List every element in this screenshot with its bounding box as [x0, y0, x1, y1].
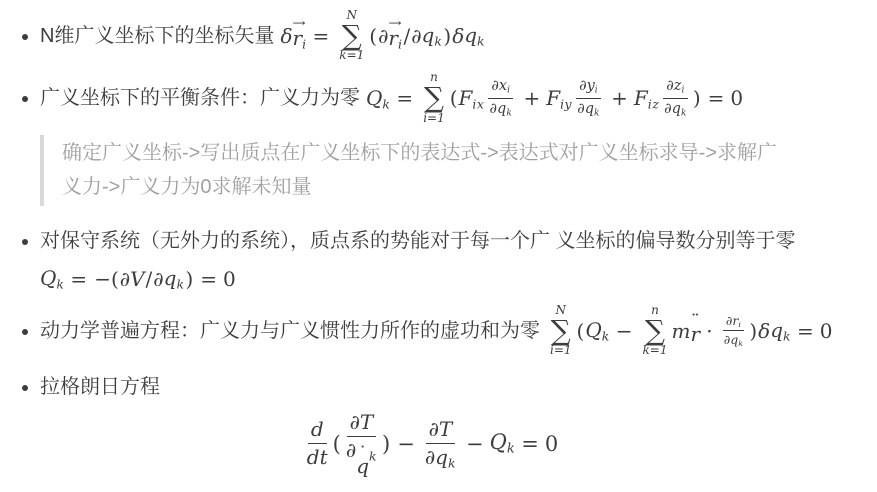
math-subscript: k	[434, 34, 442, 49]
bullet-item-general-dynamics: 动力学普遍方程：广义力与广义惯性力所作的虚功和为零 N∑i=1(Qk−n∑k=1…	[40, 304, 861, 358]
math-subscript: i	[507, 86, 510, 96]
math-var: ∂	[491, 78, 499, 94]
math-var: y	[587, 78, 595, 94]
fraction-denominator: ∂qk	[724, 331, 744, 349]
math-subscript-group: Qk	[585, 318, 609, 343]
fraction-numerator: d	[308, 417, 327, 444]
sigma-icon: ∑	[342, 23, 362, 50]
math-var: q	[585, 101, 594, 117]
dot-accented-var: ˙q	[356, 448, 369, 477]
math-var: m	[672, 319, 691, 343]
math-var: ∂	[153, 267, 163, 291]
math-var: ∂V	[120, 267, 145, 291]
sum-lower-limit: i=1	[423, 112, 445, 126]
bullet-item-lagrange: 拉格朗日方程	[40, 370, 861, 404]
math-var: ∂	[346, 438, 356, 462]
math-subscript-group: Qk	[490, 430, 516, 457]
math-operator: )	[748, 319, 758, 343]
bullet-list-top: N维广义坐标下的坐标矢量 δ→ri=N∑k=1(∂→ri/∂qk)δqk 广义坐…	[0, 9, 861, 125]
fraction-denominator: ∂qk	[664, 99, 687, 120]
bullet-3-formula-row: Qk=−(∂V/∂qk)=0	[40, 262, 861, 296]
fraction-numerator: ∂yi	[576, 77, 601, 99]
math-var: q	[164, 266, 177, 290]
math-operator: )	[381, 432, 391, 456]
notes-document: N维广义坐标下的坐标矢量 δ→ri=N∑k=1(∂→ri/∂qk)δqk 广义坐…	[0, 0, 877, 477]
math-fraction: ∂ri∂qk	[723, 313, 744, 350]
math-operator: =	[791, 319, 820, 343]
math-var: δ	[452, 24, 464, 48]
math-var: ∂	[664, 101, 672, 117]
math-number: 0	[545, 432, 558, 456]
math-number: 0	[223, 267, 236, 291]
math-fraction: ∂zi∂qk	[663, 77, 688, 119]
math-var: Q	[40, 266, 56, 290]
math-var: ∂	[577, 101, 585, 117]
blockquote: 确定广义坐标->写出质点在广义坐标下的表达式->表达式对广义坐标求导->求解广义…	[40, 135, 800, 205]
math-subscript-group: ˙qk	[356, 438, 377, 477]
math-var: dt	[307, 445, 328, 469]
math-subscript-group: ri	[732, 313, 741, 330]
math-var: ∂	[425, 445, 435, 469]
math-subscript: i	[738, 320, 741, 329]
math-operator: =	[515, 432, 545, 456]
math-var: r	[388, 26, 398, 50]
math-fraction: ∂yi∂qk	[576, 77, 601, 119]
bullet-2-text: 广义坐标下的平衡条件：广义力为零	[40, 83, 360, 113]
math-subscript-group: qk	[770, 318, 791, 343]
math-operator: /	[402, 24, 411, 48]
math-subscript-group: qk	[730, 332, 743, 349]
math-operator: −	[610, 319, 639, 343]
bullet-4-text: 动力学普遍方程：广义力与广义惯性力所作的虚功和为零	[40, 316, 540, 346]
ddot-accented-var: ¨r	[690, 316, 700, 345]
math-var: δ	[280, 24, 292, 48]
fraction-denominator: ∂qk	[425, 444, 456, 471]
math-subscript: k	[594, 108, 600, 118]
math-var: ∂	[378, 24, 388, 48]
math-operator: )	[442, 24, 452, 48]
math-operator: (	[368, 24, 378, 48]
math-subscript-group: qk	[435, 445, 456, 471]
math-subscript-group: qk	[422, 23, 443, 48]
math-subscript: k	[448, 455, 456, 470]
math-subscript-group: Fix	[459, 86, 485, 111]
math-subscript-group: qk	[585, 100, 600, 120]
math-subscript-group: qk	[497, 100, 512, 120]
sigma-icon: ∑	[551, 318, 571, 345]
math-operator: )	[184, 267, 194, 291]
math-operator: =	[307, 24, 336, 48]
bullet-item-conservative-system: 对保守系统（无外力的系统），质点系的势能对于每一个广 义坐标的偏导数分别等于零 …	[40, 224, 861, 296]
math-operator: −	[391, 432, 421, 456]
math-operator: (	[576, 319, 586, 343]
math-operator: /	[145, 267, 154, 291]
sigma-icon: ∑	[424, 85, 444, 112]
accent-base: ri	[388, 27, 402, 51]
math-fraction: ∂T∂qk	[425, 417, 456, 471]
math-var: ∂	[411, 24, 421, 48]
math-var: ∂	[579, 78, 587, 94]
fraction-denominator: ∂qk	[577, 99, 600, 120]
math-var: q	[770, 318, 783, 342]
accent-base: ri	[293, 27, 307, 51]
bullet-list-bottom: 对保守系统（无外力的系统），质点系的势能对于每一个广 义坐标的偏导数分别等于零 …	[0, 224, 861, 404]
formula-conservative-system: Qk=−(∂V/∂qk)=0	[40, 266, 236, 291]
math-var: d	[311, 417, 324, 441]
bullet-3-row: 对保守系统（无外力的系统），质点系的势能对于每一个广 义坐标的偏导数分别等于零	[40, 224, 861, 258]
math-subscript: k	[783, 329, 791, 344]
math-var: F	[634, 86, 648, 110]
math-var: Q	[585, 318, 601, 342]
math-var: ∂	[666, 78, 674, 94]
math-number: 0	[820, 319, 833, 343]
summation: N∑k=1	[339, 9, 364, 63]
vector-arrow-icon: →	[389, 20, 403, 27]
math-operator: =	[64, 267, 93, 291]
math-subscript: k	[176, 276, 184, 291]
math-subscript-group: zi	[674, 77, 685, 97]
bullet-4-row: 动力学普遍方程：广义力与广义惯性力所作的虚功和为零 N∑i=1(Qk−n∑k=1…	[40, 304, 861, 358]
math-subscript-group: qk	[464, 23, 485, 48]
math-subscript-group: qk	[672, 100, 687, 120]
math-subscript-group: yi	[587, 77, 599, 97]
math-operator: =	[702, 86, 731, 110]
math-number: 0	[730, 86, 743, 110]
bullet-5-text: 拉格朗日方程	[40, 372, 160, 402]
math-operator: +	[605, 86, 634, 110]
math-var: ∂T	[429, 417, 453, 441]
formula-general-dynamics: N∑i=1(Qk−n∑k=1m¨r⋅∂ri∂qk)δqk=0	[546, 304, 833, 358]
math-fraction: ddt	[307, 417, 328, 470]
fraction-denominator: ∂qk	[490, 99, 513, 120]
math-subscript: k	[382, 96, 390, 111]
fraction-numerator: ∂ri	[723, 313, 744, 332]
math-operator: =	[194, 267, 223, 291]
formula-coordinate-vector: δ→ri=N∑k=1(∂→ri/∂qk)δqk	[280, 9, 485, 63]
math-subscript-group: Qk	[366, 86, 390, 111]
math-var: q	[497, 101, 506, 117]
fraction-numerator: ∂zi	[663, 77, 688, 99]
math-var: q	[464, 23, 477, 47]
math-operator: +	[517, 86, 546, 110]
vector-arrow-icon: →	[293, 20, 307, 27]
math-subscript: k	[507, 442, 515, 457]
summation: N∑i=1	[550, 304, 572, 358]
math-subscript: k	[681, 108, 687, 118]
math-fraction: ∂T∂˙qk	[346, 410, 377, 477]
math-operator: ⋅	[700, 319, 719, 343]
math-operator: (	[332, 432, 342, 456]
math-var: F	[459, 86, 473, 110]
math-var: Q	[490, 430, 507, 454]
math-subscript: iy	[560, 96, 572, 111]
math-var: F	[546, 86, 560, 110]
math-operator: −(	[93, 267, 120, 291]
math-var: r	[293, 26, 303, 50]
math-var: δ	[758, 319, 770, 343]
math-operator: =	[390, 86, 419, 110]
math-subscript: ix	[472, 96, 484, 111]
fraction-numerator: ∂T	[426, 417, 456, 444]
bullet-item-coordinate-vector: N维广义坐标下的坐标矢量 δ→ri=N∑k=1(∂→ri/∂qk)δqk	[40, 9, 861, 63]
math-operator: −	[460, 432, 490, 456]
math-subscript: i	[681, 86, 684, 96]
math-subscript-group: Fiy	[546, 86, 572, 111]
math-var: ∂T	[350, 410, 374, 434]
summation: n∑k=1	[643, 304, 668, 358]
math-var: x	[499, 78, 507, 94]
dot-accent-icon: ˙	[358, 450, 367, 457]
math-var: q	[672, 101, 681, 117]
fraction-numerator: ∂T	[347, 410, 377, 437]
math-subscript: k	[56, 276, 64, 291]
fraction-numerator: ∂xi	[488, 77, 513, 99]
math-subscript: k	[369, 448, 377, 463]
math-subscript: iz	[648, 96, 660, 111]
fraction-denominator: ∂˙qk	[346, 437, 377, 477]
math-subscript: k	[602, 329, 610, 344]
math-subscript: k	[738, 340, 743, 349]
math-subscript-group: Fiz	[634, 86, 659, 111]
sigma-icon: ∑	[645, 318, 665, 345]
bullet-item-equilibrium: 广义坐标下的平衡条件：广义力为零 Qk=n∑i=1(Fix∂xi∂qk+Fiy∂…	[40, 71, 861, 125]
formula-lagrange-equation: ddt(∂T∂˙qk)−∂T∂qk−Qk=0	[303, 410, 558, 477]
math-var: ∂	[490, 101, 498, 117]
vector-accented-var: →ri	[388, 21, 402, 52]
math-fraction: ∂xi∂qk	[488, 77, 513, 119]
math-var: q	[435, 445, 448, 469]
math-operator: (	[449, 86, 459, 110]
bullet-1-row: N维广义坐标下的坐标矢量 δ→ri=N∑k=1(∂→ri/∂qk)δqk	[40, 9, 861, 63]
vector-accented-var: →ri	[293, 21, 307, 52]
math-subscript-group: xi	[499, 77, 511, 97]
math-var: q	[422, 23, 435, 47]
math-subscript: i	[595, 86, 598, 96]
math-subscript: k	[506, 108, 512, 118]
fraction-denominator: dt	[307, 444, 328, 470]
bullet-5-row: 拉格朗日方程	[40, 370, 861, 404]
bullet-1-text: N维广义坐标下的坐标矢量	[40, 21, 274, 51]
sum-lower-limit: i=1	[550, 344, 572, 358]
math-subscript-group: Qk	[40, 266, 64, 291]
math-subscript: k	[477, 34, 485, 49]
bullet-3-text: 对保守系统（无外力的系统），质点系的势能对于每一个广 义坐标的偏导数分别等于零	[40, 226, 796, 256]
bullet-2-row: 广义坐标下的平衡条件：广义力为零 Qk=n∑i=1(Fix∂xi∂qk+Fiy∂…	[40, 71, 861, 125]
summation: n∑i=1	[423, 71, 445, 125]
math-var: Q	[366, 86, 382, 110]
formula-equilibrium-condition: Qk=n∑i=1(Fix∂xi∂qk+Fiy∂yi∂qk+Fiz∂zi∂qk)=…	[366, 71, 743, 125]
math-operator: )	[692, 86, 702, 110]
sum-lower-limit: k=1	[643, 344, 668, 358]
display-equation-block: ddt(∂T∂˙qk)−∂T∂qk−Qk=0	[0, 410, 861, 477]
double-dot-accent-icon: ¨	[691, 318, 700, 325]
sum-lower-limit: k=1	[339, 49, 364, 63]
blockquote-text: 确定广义坐标->写出质点在广义坐标下的表达式->表达式对广义坐标求导->求解广义…	[62, 142, 777, 197]
math-subscript-group: qk	[164, 266, 185, 291]
